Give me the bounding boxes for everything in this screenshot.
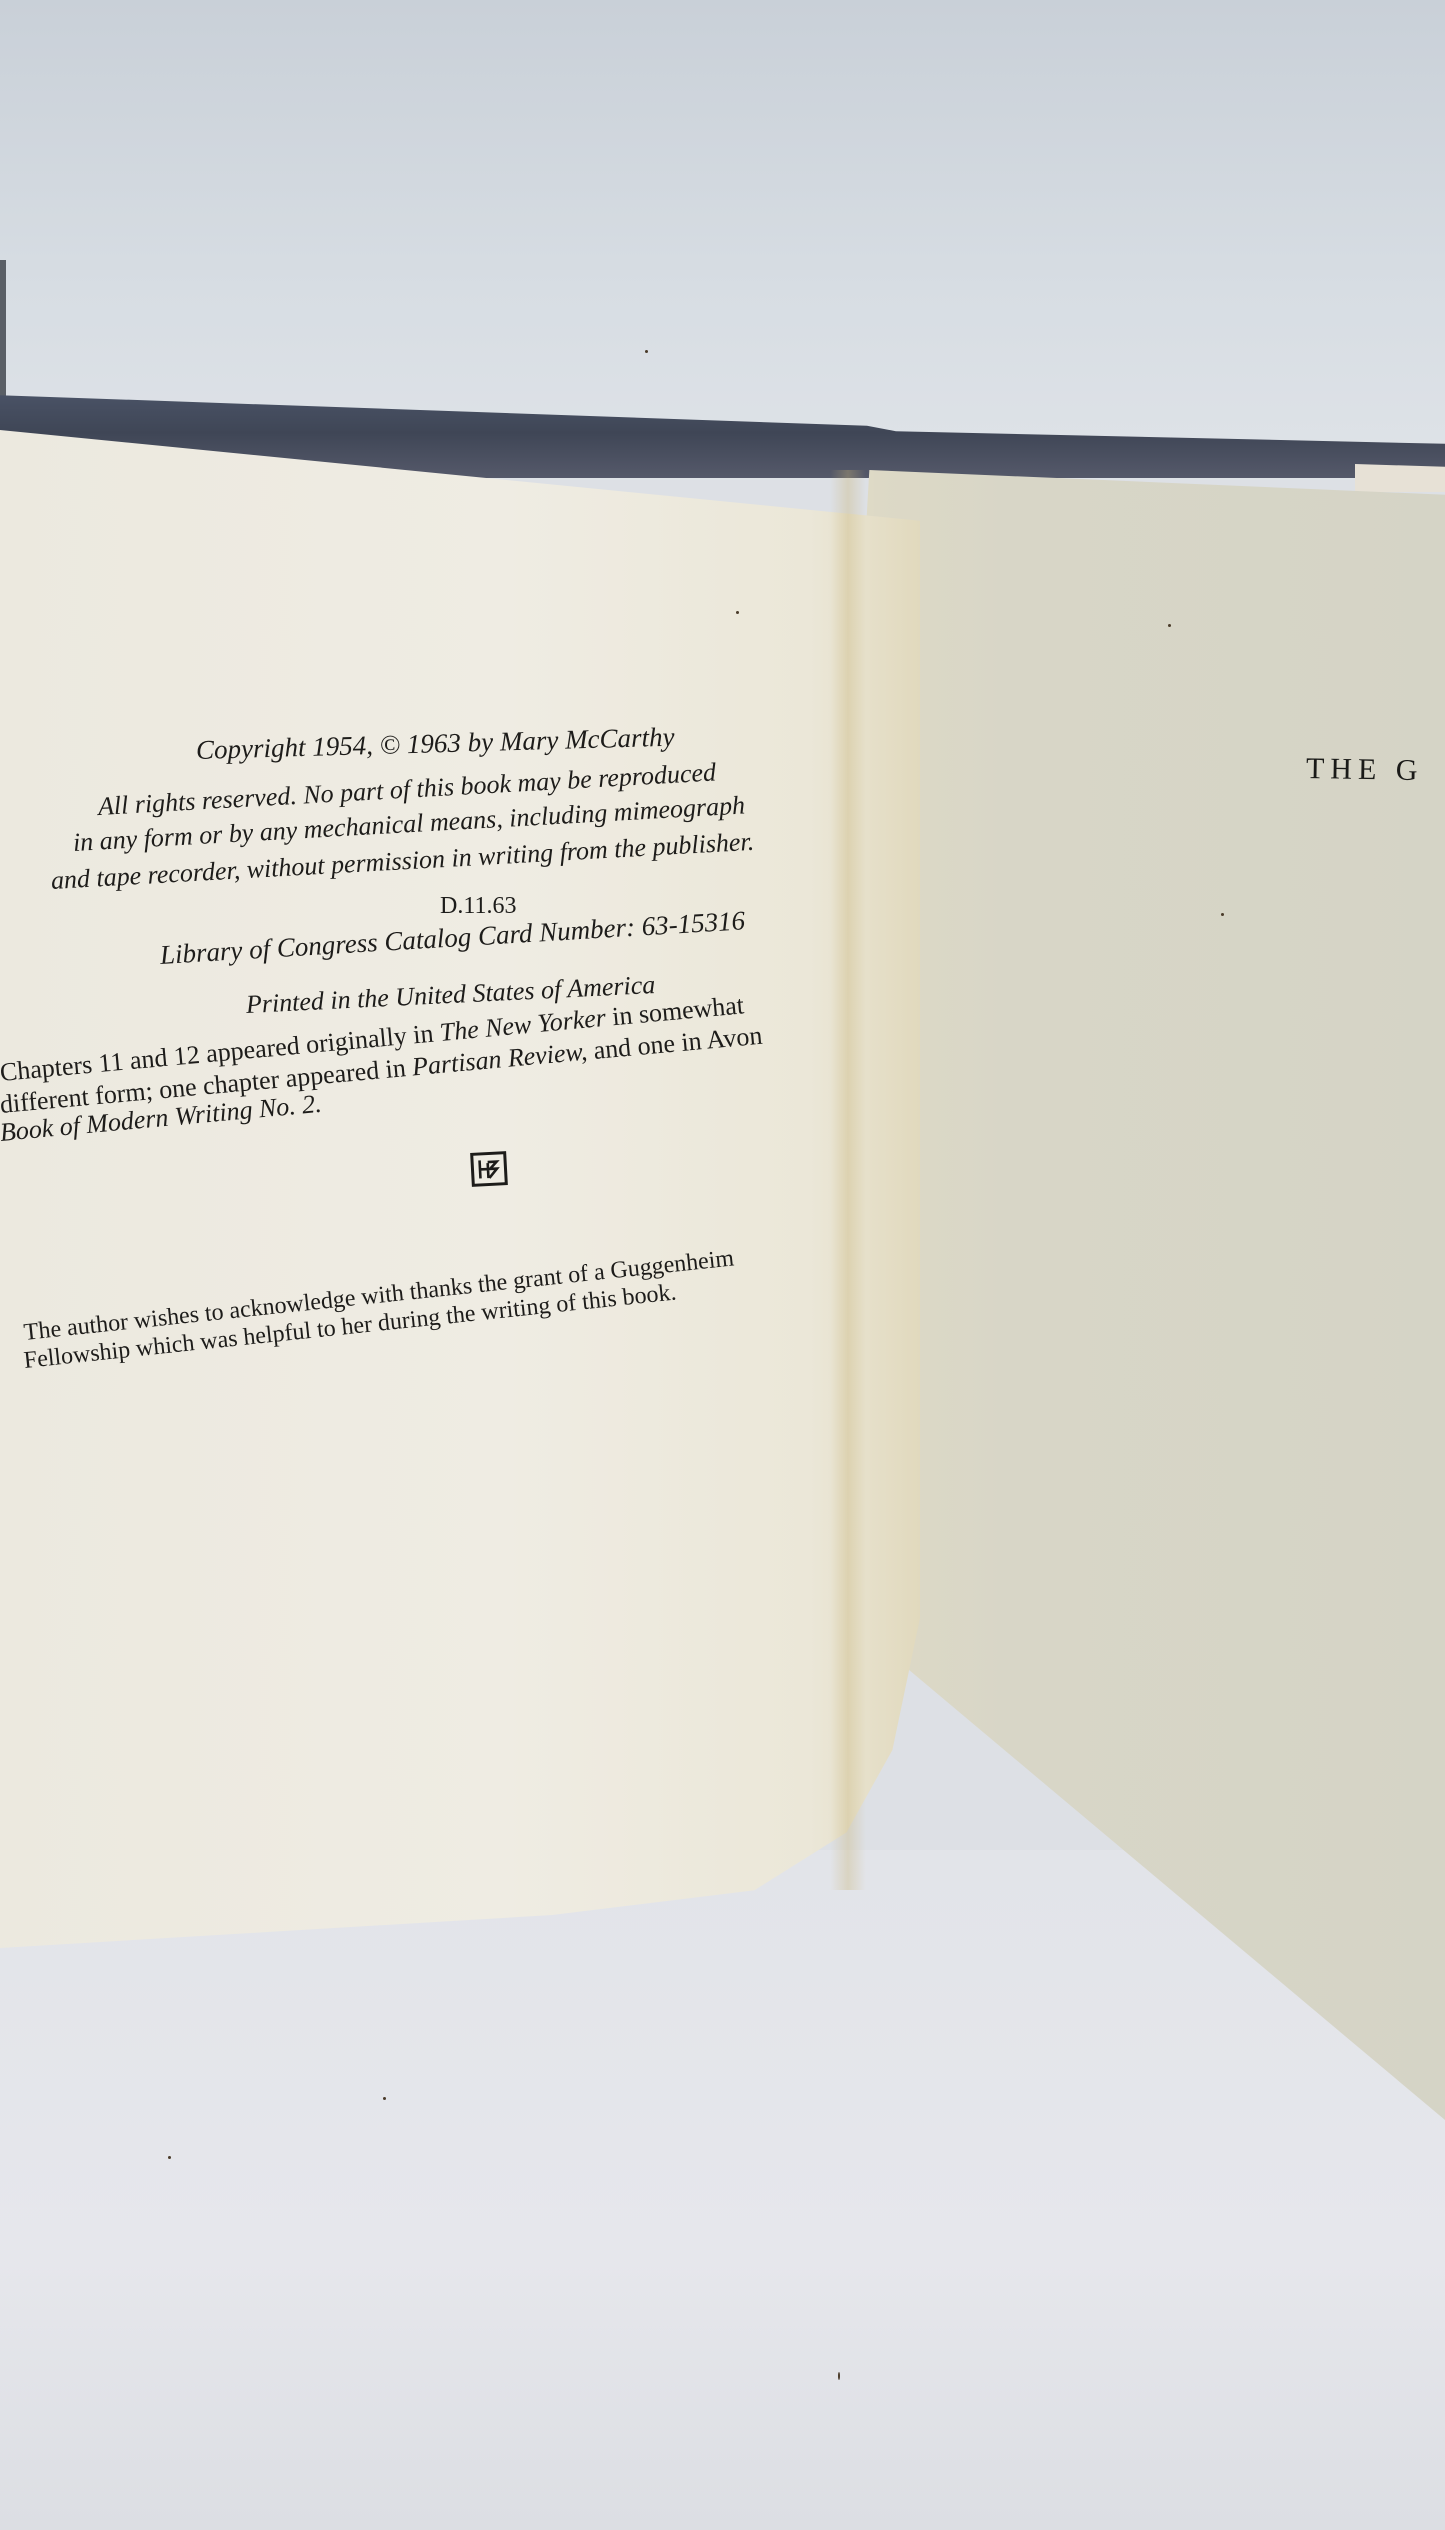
table-speck <box>168 2156 171 2159</box>
wall-speck <box>645 350 648 353</box>
gutter-shadow <box>830 470 866 1890</box>
left-page <box>0 430 920 2080</box>
table-speck <box>383 2097 386 2100</box>
paper-speck <box>736 611 739 614</box>
table-speck <box>838 2372 840 2380</box>
book-cover-corner <box>1355 464 1445 492</box>
table-surface <box>0 1850 1445 2530</box>
edition-code: D.11.63 <box>440 893 516 920</box>
paper-speck <box>1221 913 1224 916</box>
title-page-heading: THE G <box>1306 752 1424 788</box>
left-edge-post <box>0 260 6 400</box>
hb-monogram-icon <box>476 1157 501 1180</box>
paper-speck <box>1168 624 1171 627</box>
publisher-logo-icon <box>470 1151 508 1187</box>
